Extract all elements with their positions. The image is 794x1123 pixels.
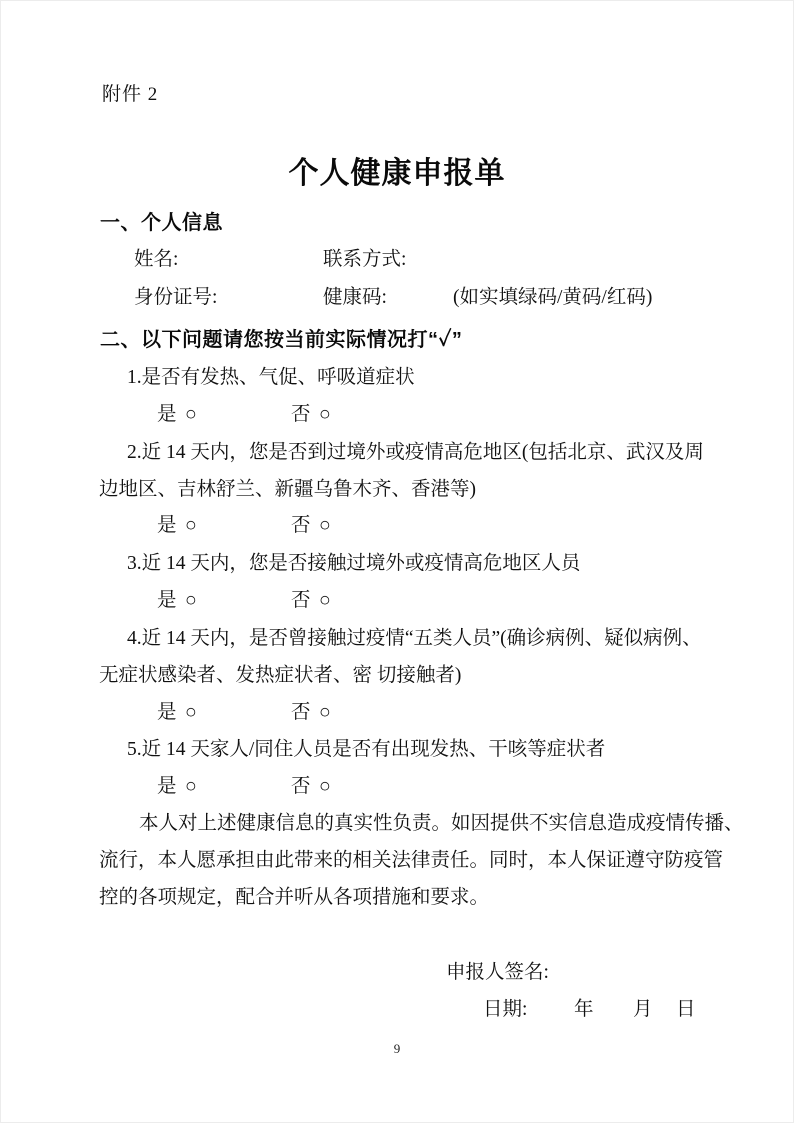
declarant-signature-label: 申报人签名: <box>446 961 549 985</box>
yes-radio-circle: ○ <box>185 403 197 427</box>
yes-radio-circle: ○ <box>185 701 197 725</box>
year-label: 年 <box>574 998 594 1022</box>
no-radio-circle: ○ <box>319 775 331 799</box>
question-5-options: 是 ○ 否 ○ <box>1 775 793 799</box>
attachment-label: 附件 2 <box>102 83 158 107</box>
yes-radio-circle: ○ <box>185 775 197 799</box>
contact-label: 联系方式: <box>323 248 406 272</box>
personal-info-row-2: 身份证号: 健康码: (如实填绿码/黄码/红码) <box>1 286 793 310</box>
question-2-options: 是 ○ 否 ○ <box>1 514 793 538</box>
yes-label: 是 <box>157 701 177 725</box>
question-3-options: 是 ○ 否 ○ <box>1 589 793 613</box>
no-radio-circle: ○ <box>319 514 331 538</box>
no-label: 否 <box>291 701 311 725</box>
no-label: 否 <box>291 589 311 613</box>
no-label: 否 <box>291 775 311 799</box>
question-4-line-1: 4.近 14 天内，是否曾接触过疫情“五类人员”(确诊病例、疑似病例、 <box>127 627 702 651</box>
question-4-options: 是 ○ 否 ○ <box>1 701 793 725</box>
question-3: 3.近 14 天内，您是否接触过境外或疫情高危地区人员 <box>127 552 580 576</box>
section1-heading: 一、个人信息 <box>100 211 223 235</box>
personal-info-row-1: 姓名: 联系方式: <box>1 248 793 272</box>
month-label: 月 <box>633 998 653 1022</box>
question-2-line-1: 2.近 14 天内，您是否到过境外或疫情高危地区(包括北京、武汉及周 <box>127 441 704 465</box>
declaration-line-3: 控的各项规定，配合并听从各项措施和要求。 <box>99 886 489 910</box>
day-label: 日 <box>676 998 696 1022</box>
health-code-label: 健康码: <box>323 286 387 310</box>
question-4-line-2: 无症状感染者、发热症状者、密 切接触者) <box>99 664 461 688</box>
no-label: 否 <box>291 403 311 427</box>
health-declaration-page: 附件 2 个人健康申报单 一、个人信息 姓名: 联系方式: 身份证号: 健康码:… <box>0 0 794 1123</box>
no-radio-circle: ○ <box>319 701 331 725</box>
yes-label: 是 <box>157 775 177 799</box>
no-radio-circle: ○ <box>319 403 331 427</box>
question-5: 5.近 14 天家人/同住人员是否有出现发热、干咳等症状者 <box>127 738 605 762</box>
question-1: 1.是否有发热、气促、呼吸道症状 <box>127 366 415 390</box>
no-label: 否 <box>291 514 311 538</box>
yes-label: 是 <box>157 589 177 613</box>
health-code-note: (如实填绿码/黄码/红码) <box>453 286 652 310</box>
yes-radio-circle: ○ <box>185 514 197 538</box>
page-title: 个人健康申报单 <box>1 148 793 192</box>
section2-heading: 二、以下问题请您按当前实际情况打“✓” <box>100 328 462 352</box>
no-radio-circle: ○ <box>319 589 331 613</box>
declaration-line-2: 流行，本人愿承担由此带来的相关法律责任。同时，本人保证遵守防疫管 <box>99 849 723 873</box>
page-number: 9 <box>1 1041 793 1057</box>
question-2-line-2: 边地区、吉林舒兰、新疆乌鲁木齐、香港等) <box>99 478 476 502</box>
question-1-options: 是 ○ 否 ○ <box>1 403 793 427</box>
name-label: 姓名: <box>134 248 178 272</box>
declaration-line-1: 本人对上述健康信息的真实性负责。如因提供不实信息造成疫情传播、 <box>139 812 744 836</box>
yes-label: 是 <box>157 403 177 427</box>
yes-radio-circle: ○ <box>185 589 197 613</box>
id-number-label: 身份证号: <box>134 286 217 310</box>
yes-label: 是 <box>157 514 177 538</box>
date-row: 日期: 年 月 日 <box>1 998 793 1022</box>
date-label: 日期: <box>483 998 527 1022</box>
